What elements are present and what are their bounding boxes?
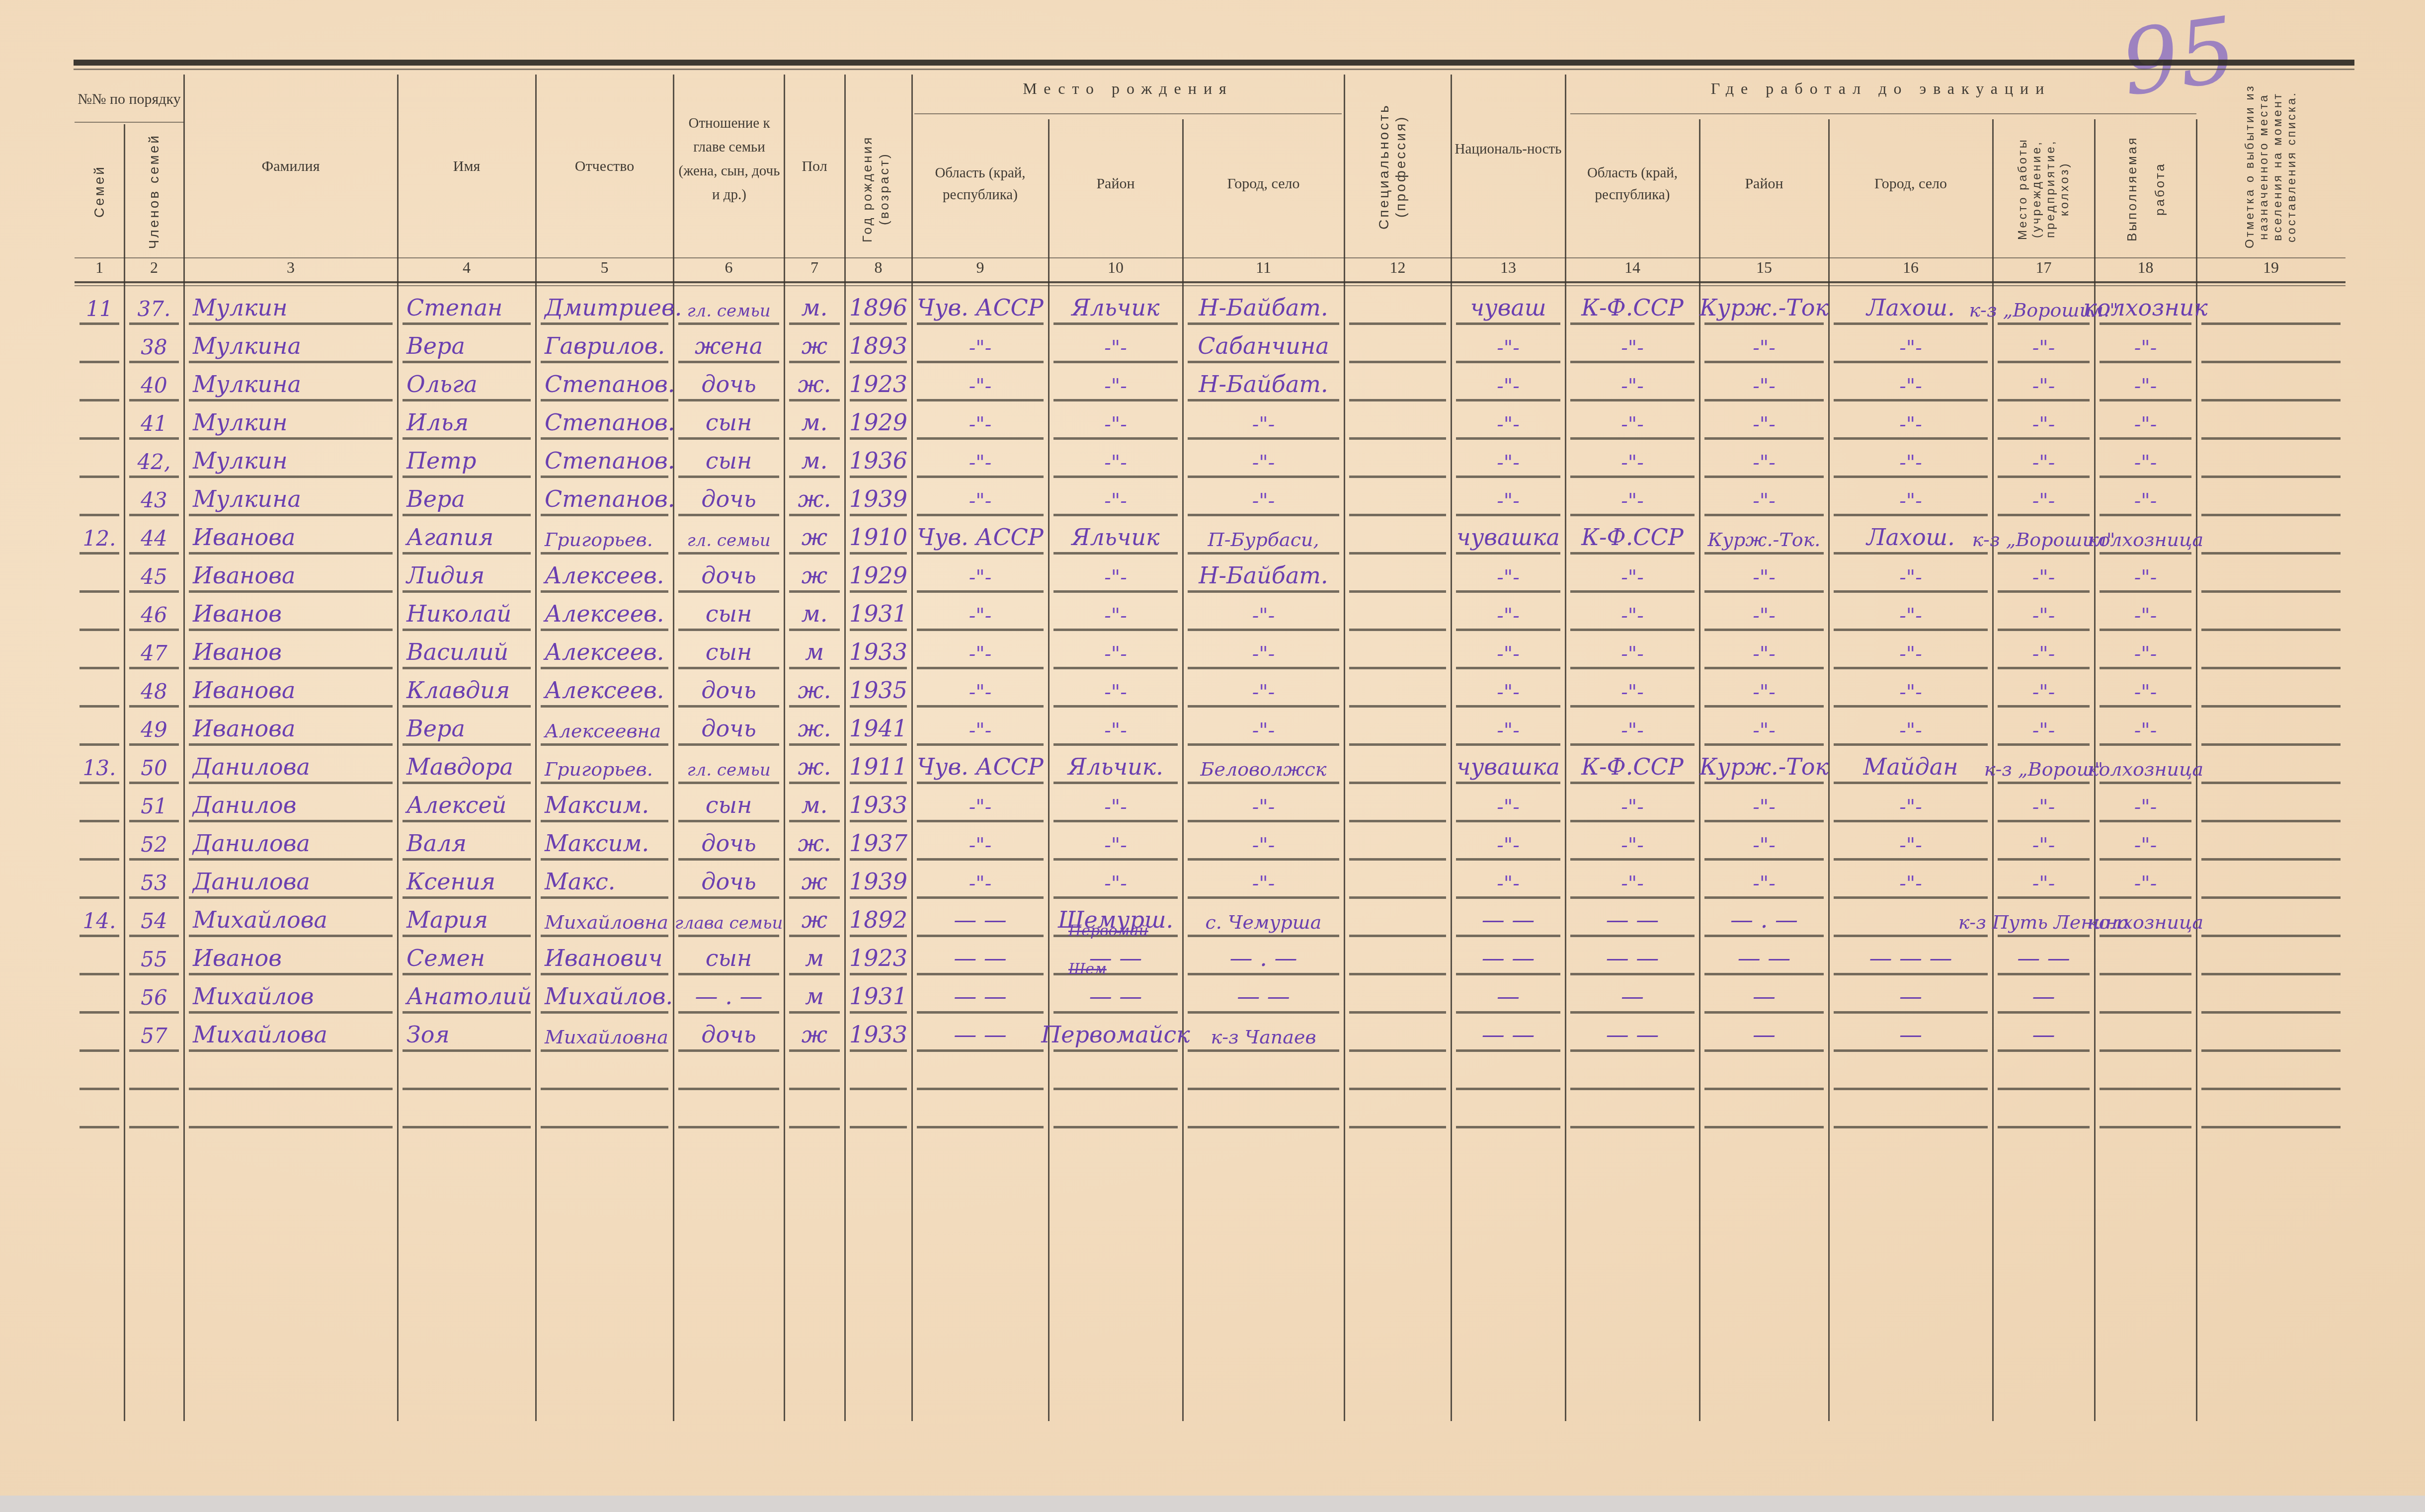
- work-town-cell: -"-: [1829, 709, 1993, 747]
- birth-year-cell: 1933: [845, 786, 912, 823]
- sex-cell: ж.: [784, 671, 845, 709]
- row-underline: [1188, 743, 1339, 746]
- birth-district-cell: -"-: [1049, 824, 1183, 862]
- birth-region-cell: — —: [912, 977, 1049, 1015]
- row-underline: [1998, 552, 2090, 555]
- row-underline: [1456, 743, 1560, 746]
- row-underline: [1834, 399, 1988, 401]
- relation-cell: — . —: [673, 977, 784, 1015]
- row-underline: [1053, 552, 1178, 555]
- row-underline: [1456, 552, 1560, 555]
- row-underline: [1053, 437, 1178, 440]
- row-underline: [1188, 667, 1339, 669]
- row-underline: [189, 514, 393, 516]
- row-underline: [403, 705, 531, 708]
- row-underline: [403, 858, 531, 861]
- member-no-cell: 53: [124, 862, 184, 900]
- birth-year-cell: 1911: [845, 747, 912, 785]
- row-underline: [80, 782, 119, 784]
- work-town-cell: —: [1829, 977, 1993, 1015]
- first-name-cell: Мария: [398, 900, 536, 938]
- row-underline: [1704, 514, 1824, 516]
- first-name-cell: Вера: [398, 709, 536, 747]
- row-underline: [1834, 705, 1988, 708]
- row-underline: [80, 935, 119, 937]
- row-underline: [1456, 399, 1560, 401]
- header-note: Отметка о выбытии из назначенного места …: [2196, 75, 2345, 258]
- header-relation: Отношение к главе семьи (жена, сын, дочь…: [676, 84, 783, 234]
- row-underline: [917, 322, 1044, 325]
- nationality-cell: чувашка: [1451, 747, 1565, 785]
- row-underline: [1188, 629, 1339, 631]
- column-number: 14: [1565, 258, 1699, 280]
- row-underline: [1998, 896, 2090, 899]
- patronymic-cell: Дмитриев.: [536, 288, 673, 326]
- row-underline: [789, 1088, 840, 1090]
- row-underline: [2201, 1011, 2341, 1014]
- row-underline: [1349, 361, 1446, 363]
- first-name-cell: Семен: [398, 939, 536, 976]
- birth-town-cell: [1183, 1092, 1344, 1129]
- work-district-cell: [1699, 1092, 1829, 1129]
- work-district-cell: -"-: [1699, 365, 1829, 402]
- relation-cell: сын: [673, 939, 784, 976]
- row-underline: [1456, 514, 1560, 516]
- patronymic-cell: Степанов.: [536, 479, 673, 517]
- job-cell: колхозница: [2095, 900, 2196, 938]
- row-underline: [1570, 820, 1695, 822]
- relation-cell: сын: [673, 403, 784, 441]
- row-underline: [1349, 1088, 1446, 1090]
- row-underline: [789, 1011, 840, 1014]
- departure-note-cell: [2196, 671, 2345, 709]
- profession-cell: [1344, 747, 1451, 785]
- work-town-cell: -"-: [1829, 824, 1993, 862]
- row-underline: [189, 705, 393, 708]
- row-underline: [129, 1126, 179, 1128]
- sex-cell: м.: [784, 594, 845, 632]
- row-underline: [1349, 590, 1446, 593]
- family-no-cell: [75, 633, 124, 670]
- family-no-cell: 13.: [75, 747, 124, 785]
- birth-year-cell: 1929: [845, 403, 912, 441]
- profession-cell: [1344, 441, 1451, 479]
- row-underline: [789, 514, 840, 516]
- work-district-cell: -"-: [1699, 594, 1829, 632]
- birth-year-cell: 1939: [845, 862, 912, 900]
- birth-district-cell: Яльчик.: [1049, 747, 1183, 785]
- row-underline: [1704, 361, 1824, 363]
- departure-note-cell: [2196, 900, 2345, 938]
- column-number: 6: [673, 258, 784, 280]
- nationality-cell: -"-: [1451, 594, 1565, 632]
- row-underline: [1570, 1049, 1695, 1052]
- row-underline: [189, 1049, 393, 1052]
- sex-cell: ж.: [784, 365, 845, 402]
- birth-town-cell: П-Бурбаси,: [1183, 518, 1344, 556]
- member-no-cell: 49: [124, 709, 184, 747]
- sex-cell: ж: [784, 518, 845, 556]
- departure-note-cell: [2196, 1092, 2345, 1129]
- birth-town-cell: -"-: [1183, 479, 1344, 517]
- workplace-cell: -"-: [1993, 441, 2095, 479]
- patronymic-cell: Михайлов.: [536, 977, 673, 1015]
- row-underline: [1349, 629, 1446, 631]
- row-underline: [1704, 1126, 1824, 1128]
- row-underline: [403, 629, 531, 631]
- row-underline: [678, 322, 779, 325]
- nationality-cell: -"-: [1451, 365, 1565, 402]
- header-profession: Специальность (профессия): [1344, 75, 1451, 258]
- workplace-cell: [1993, 1053, 2095, 1091]
- sex-cell: [784, 1092, 845, 1129]
- surname-cell: Мулкина: [184, 479, 398, 517]
- row-underline: [850, 361, 907, 363]
- row-underline: [1349, 437, 1446, 440]
- row-underline: [850, 667, 907, 669]
- row-underline: [1570, 1126, 1695, 1128]
- column-number: 18: [2095, 258, 2196, 280]
- profession-cell: [1344, 633, 1451, 670]
- first-name-cell: Лидия: [398, 556, 536, 594]
- profession-cell: [1344, 862, 1451, 900]
- departure-note-cell: [2196, 326, 2345, 364]
- row-underline: [678, 552, 779, 555]
- row-underline: [1053, 1126, 1178, 1128]
- first-name-cell: Анатолий: [398, 977, 536, 1015]
- work-region-cell: -"-: [1565, 556, 1699, 594]
- row-underline: [1570, 322, 1695, 325]
- row-underline: [1570, 782, 1695, 784]
- patronymic-cell: Григорьев.: [536, 747, 673, 785]
- relation-cell: сын: [673, 594, 784, 632]
- patronymic-cell: Максим.: [536, 786, 673, 823]
- row-underline: [189, 361, 393, 363]
- row-underline: [541, 1011, 668, 1014]
- first-name-cell: Петр: [398, 441, 536, 479]
- member-no-cell: 43: [124, 479, 184, 517]
- profession-cell: [1344, 594, 1451, 632]
- patronymic-cell: Михайловна: [536, 1015, 673, 1053]
- column-number: 7: [784, 258, 845, 280]
- birth-town-cell: [1183, 1053, 1344, 1091]
- member-no-cell: 45: [124, 556, 184, 594]
- row-underline: [1188, 590, 1339, 593]
- row-underline: [189, 935, 393, 937]
- row-underline: [1834, 514, 1988, 516]
- row-underline: [1834, 437, 1988, 440]
- row-underline: [2100, 1011, 2191, 1014]
- work-district-cell: -"-: [1699, 824, 1829, 862]
- header-job: Выполняемая работа: [2095, 119, 2196, 258]
- row-underline: [1704, 1011, 1824, 1014]
- row-underline: [2100, 437, 2191, 440]
- row-underline: [403, 820, 531, 822]
- birth-year-cell: 1896: [845, 288, 912, 326]
- birth-town-cell: к-з Чапаев: [1183, 1015, 1344, 1053]
- row-underline: [1188, 399, 1339, 401]
- row-underline: [1053, 322, 1178, 325]
- member-no-cell: 42,: [124, 441, 184, 479]
- row-underline: [789, 552, 840, 555]
- work-town-cell: —: [1829, 1015, 1993, 1053]
- row-underline: [189, 437, 393, 440]
- work-region-cell: -"-: [1565, 403, 1699, 441]
- surname-cell: Данилов: [184, 786, 398, 823]
- row-underline: [1834, 590, 1988, 593]
- birthplace-divider: [914, 113, 1342, 114]
- row-underline: [129, 705, 179, 708]
- row-underline: [1998, 667, 2090, 669]
- row-underline: [917, 743, 1044, 746]
- row-underline: [1456, 820, 1560, 822]
- job-cell: -"-: [2095, 633, 2196, 670]
- birth-district-cell: -"-: [1049, 403, 1183, 441]
- row-underline: [1998, 1049, 2090, 1052]
- row-underline: [917, 437, 1044, 440]
- row-underline: [1188, 361, 1339, 363]
- row-underline: [1349, 667, 1446, 669]
- row-underline: [850, 1088, 907, 1090]
- row-underline: [789, 322, 840, 325]
- workplace-cell: —: [1993, 977, 2095, 1015]
- row-underline: [1188, 552, 1339, 555]
- first-name-cell: Алексей: [398, 786, 536, 823]
- row-underline: [403, 399, 531, 401]
- birth-year-cell: 1892: [845, 900, 912, 938]
- row-underline: [1998, 322, 2090, 325]
- row-underline: [678, 705, 779, 708]
- row-underline: [2100, 1088, 2191, 1090]
- birth-district-cell: -"-: [1049, 709, 1183, 747]
- row-underline: [2201, 590, 2341, 593]
- work-town-cell: -"-: [1829, 786, 1993, 823]
- sex-cell: ж.: [784, 479, 845, 517]
- row-underline: [1349, 743, 1446, 746]
- row-underline: [129, 590, 179, 593]
- family-no-cell: [75, 556, 124, 594]
- row-underline: [850, 858, 907, 861]
- member-no-cell: 47: [124, 633, 184, 670]
- family-no-cell: [75, 441, 124, 479]
- row-underline: [2100, 399, 2191, 401]
- row-underline: [1053, 514, 1178, 516]
- family-no-cell: [75, 786, 124, 823]
- row-underline: [678, 896, 779, 899]
- birth-year-cell: 1931: [845, 594, 912, 632]
- row-underline: [129, 476, 179, 478]
- work-region-cell: — —: [1565, 900, 1699, 938]
- work-district-cell: -"-: [1699, 326, 1829, 364]
- row-underline: [789, 1049, 840, 1052]
- first-name-cell: Валя: [398, 824, 536, 862]
- nationality-cell: чувашка: [1451, 518, 1565, 556]
- patronymic-cell: Алексеев.: [536, 633, 673, 670]
- row-underline: [80, 552, 119, 555]
- row-underline: [917, 1126, 1044, 1128]
- profession-cell: [1344, 900, 1451, 938]
- surname-cell: Мулкин: [184, 288, 398, 326]
- work-town-cell: -"-: [1829, 479, 1993, 517]
- birth-town-cell: -"-: [1183, 633, 1344, 670]
- row-underline: [189, 896, 393, 899]
- job-cell: [2095, 1053, 2196, 1091]
- nationality-cell: -"-: [1451, 479, 1565, 517]
- departure-note-cell: [2196, 824, 2345, 862]
- row-underline: [2100, 743, 2191, 746]
- row-underline: [1349, 782, 1446, 784]
- row-underline: [1998, 361, 2090, 363]
- birth-town-cell: -"-: [1183, 709, 1344, 747]
- row-underline: [850, 629, 907, 631]
- row-underline: [2100, 973, 2191, 975]
- header-work-district: Район: [1699, 119, 1829, 248]
- row-underline: [1570, 629, 1695, 631]
- work-district-cell: — . —: [1699, 900, 1829, 938]
- birth-town-cell: Н-Байбат.: [1183, 365, 1344, 402]
- patronymic-cell: Гаврилов.: [536, 326, 673, 364]
- work-district-cell: -"-: [1699, 671, 1829, 709]
- row-underline: [2100, 629, 2191, 631]
- work-town-cell: Лахош.: [1829, 288, 1993, 326]
- row-underline: [129, 1011, 179, 1014]
- birth-district-cell: -"-: [1049, 862, 1183, 900]
- struck-birth-district: Первомай: [1068, 922, 1148, 940]
- row-underline: [1349, 705, 1446, 708]
- row-underline: [678, 935, 779, 937]
- row-underline: [80, 896, 119, 899]
- birth-town-cell: -"-: [1183, 824, 1344, 862]
- birth-district-cell: -"-: [1049, 326, 1183, 364]
- row-underline: [789, 896, 840, 899]
- row-underline: [1834, 743, 1988, 746]
- header-birth-district: Район: [1049, 119, 1183, 248]
- birth-district-cell: -"-: [1049, 786, 1183, 823]
- surname-cell: Михайлова: [184, 1015, 398, 1053]
- work-region-cell: -"-: [1565, 862, 1699, 900]
- workplace-cell: — —: [1993, 939, 2095, 976]
- row-underline: [1053, 858, 1178, 861]
- row-underline: [403, 973, 531, 975]
- row-underline: [80, 705, 119, 708]
- birth-town-cell: Н-Байбат.: [1183, 288, 1344, 326]
- row-underline: [80, 399, 119, 401]
- work-region-cell: [1565, 1092, 1699, 1129]
- struck-birth-district: Шем: [1068, 960, 1107, 978]
- row-underline: [678, 858, 779, 861]
- row-underline: [1834, 1049, 1988, 1052]
- column-number: 5: [536, 258, 673, 280]
- row-underline: [1834, 782, 1988, 784]
- row-underline: [678, 476, 779, 478]
- birth-year-cell: 1910: [845, 518, 912, 556]
- row-underline: [1456, 667, 1560, 669]
- patronymic-cell: [536, 1053, 673, 1091]
- header-birthyear-label: Год рождения (возраст): [859, 119, 898, 258]
- job-cell: -"-: [2095, 709, 2196, 747]
- row-underline: [1570, 476, 1695, 478]
- first-name-cell: Ольга: [398, 365, 536, 402]
- row-underline: [917, 629, 1044, 631]
- row-underline: [1998, 973, 2090, 975]
- departure-note-cell: [2196, 365, 2345, 402]
- sex-cell: м.: [784, 441, 845, 479]
- row-underline: [1053, 743, 1178, 746]
- row-underline: [2201, 858, 2341, 861]
- header-patronymic: Отчество: [536, 75, 673, 258]
- row-underline: [789, 705, 840, 708]
- row-underline: [1570, 858, 1695, 861]
- row-underline: [80, 858, 119, 861]
- row-underline: [129, 322, 179, 325]
- row-underline: [129, 973, 179, 975]
- birth-region-cell: -"-: [912, 633, 1049, 670]
- nationality-cell: -"-: [1451, 671, 1565, 709]
- relation-cell: дочь: [673, 556, 784, 594]
- row-underline: [80, 973, 119, 975]
- work-district-cell: -"-: [1699, 862, 1829, 900]
- patronymic-cell: Степанов.: [536, 365, 673, 402]
- surname-cell: Иванова: [184, 671, 398, 709]
- profession-cell: [1344, 288, 1451, 326]
- row-underline: [850, 820, 907, 822]
- work-region-cell: —: [1565, 977, 1699, 1015]
- birth-region-cell: -"-: [912, 671, 1049, 709]
- row-underline: [789, 858, 840, 861]
- row-underline: [2100, 820, 2191, 822]
- column-number: 3: [184, 258, 398, 280]
- row-underline: [129, 629, 179, 631]
- row-underline: [541, 858, 668, 861]
- row-underline: [1349, 973, 1446, 975]
- row-underline: [917, 1011, 1044, 1014]
- row-underline: [541, 361, 668, 363]
- row-underline: [1349, 896, 1446, 899]
- row-underline: [1704, 399, 1824, 401]
- job-cell: -"-: [2095, 594, 2196, 632]
- sex-cell: ж: [784, 862, 845, 900]
- birth-year-cell: 1936: [845, 441, 912, 479]
- row-underline: [1834, 476, 1988, 478]
- row-underline: [541, 820, 668, 822]
- row-underline: [129, 514, 179, 516]
- row-underline: [678, 629, 779, 631]
- row-underline: [1998, 437, 2090, 440]
- row-underline: [678, 782, 779, 784]
- work-district-cell: Курж.-Ток.: [1699, 518, 1829, 556]
- row-underline: [403, 743, 531, 746]
- workplace-cell: -"-: [1993, 786, 2095, 823]
- row-underline: [80, 1126, 119, 1128]
- row-underline: [917, 973, 1044, 975]
- work-town-cell: Майдан: [1829, 747, 1993, 785]
- job-cell: -"-: [2095, 862, 2196, 900]
- column-number: 1: [75, 258, 124, 280]
- column-number: 11: [1183, 258, 1344, 280]
- row-underline: [1998, 514, 2090, 516]
- row-underline: [1188, 1049, 1339, 1052]
- row-underline: [917, 514, 1044, 516]
- row-underline: [1834, 820, 1988, 822]
- row-underline: [917, 1088, 1044, 1090]
- row-underline: [189, 1011, 393, 1014]
- job-cell: -"-: [2095, 824, 2196, 862]
- row-underline: [541, 935, 668, 937]
- row-underline: [850, 322, 907, 325]
- row-underline: [850, 705, 907, 708]
- registry-sheet: 95 №№ по порядку Фамилия Имя Отчество От…: [0, 0, 2425, 1512]
- work-region-cell: К-Ф.ССР: [1565, 288, 1699, 326]
